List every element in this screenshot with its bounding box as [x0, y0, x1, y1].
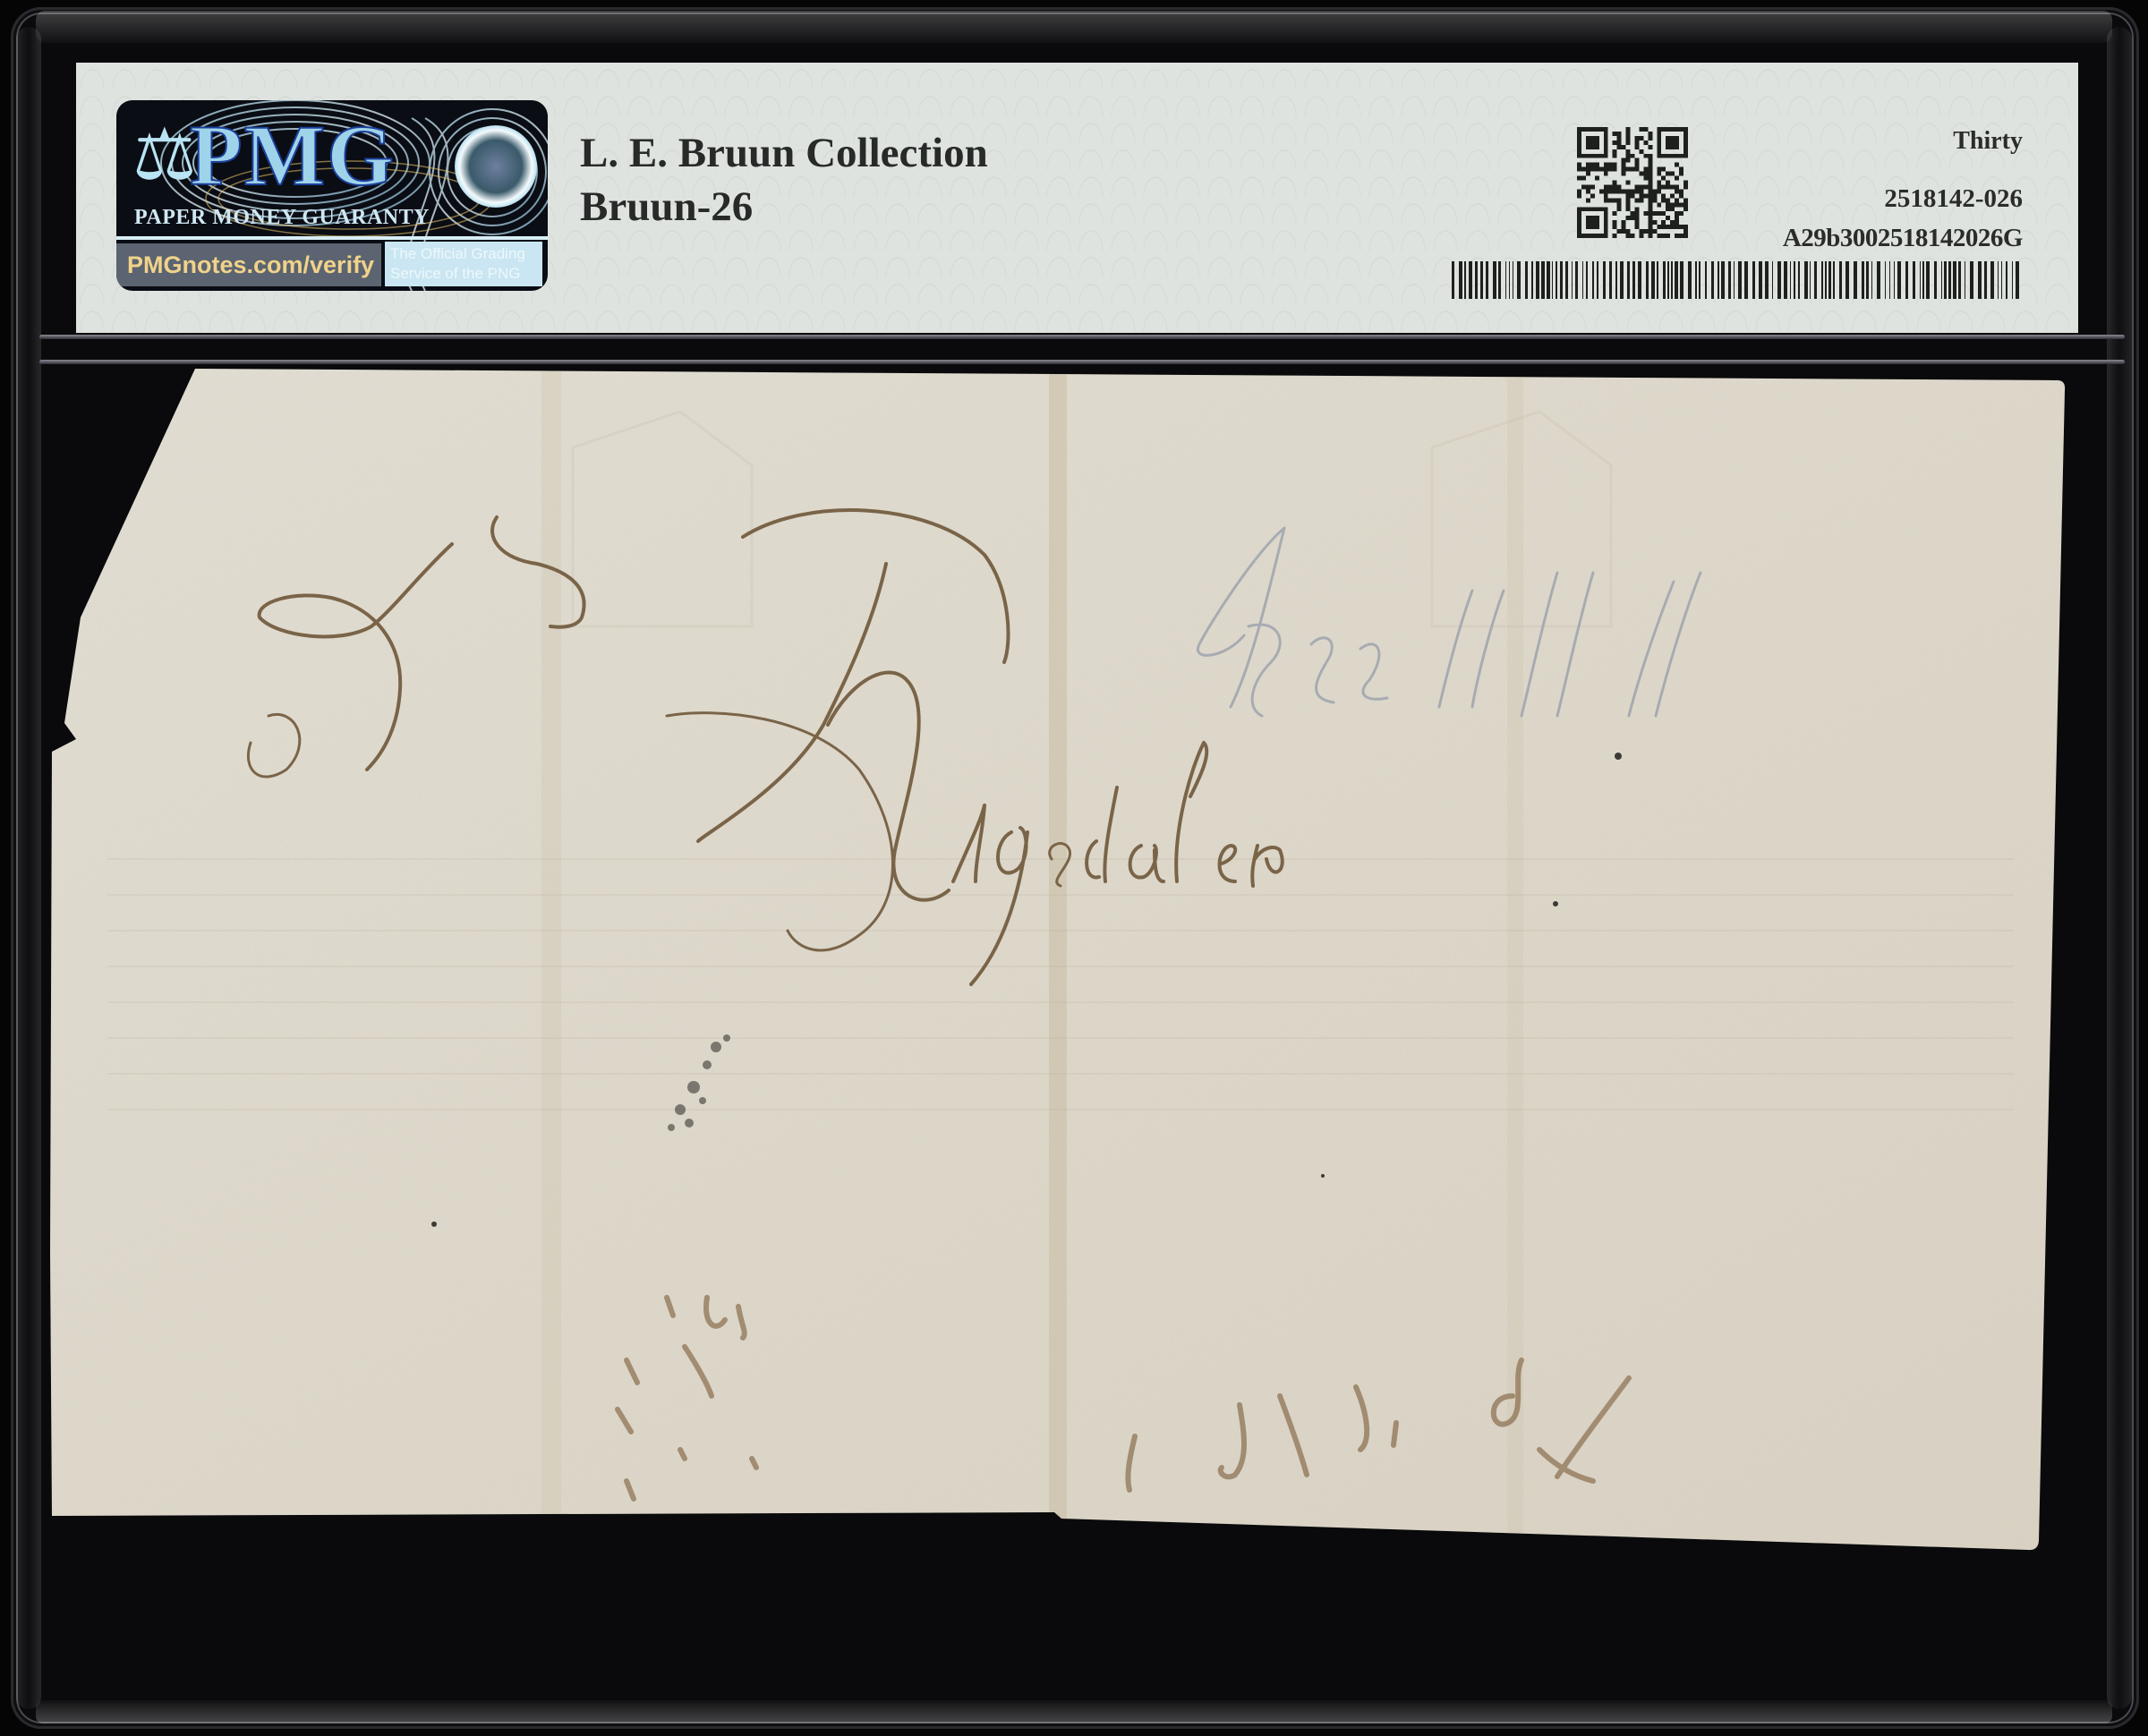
note-paper: [0, 358, 2148, 1611]
banknote-back: [0, 0, 2148, 1736]
fold-line-right: [1507, 358, 1523, 1557]
fold-line-center: [1049, 358, 1067, 1557]
fold-line-left: [541, 358, 561, 1557]
